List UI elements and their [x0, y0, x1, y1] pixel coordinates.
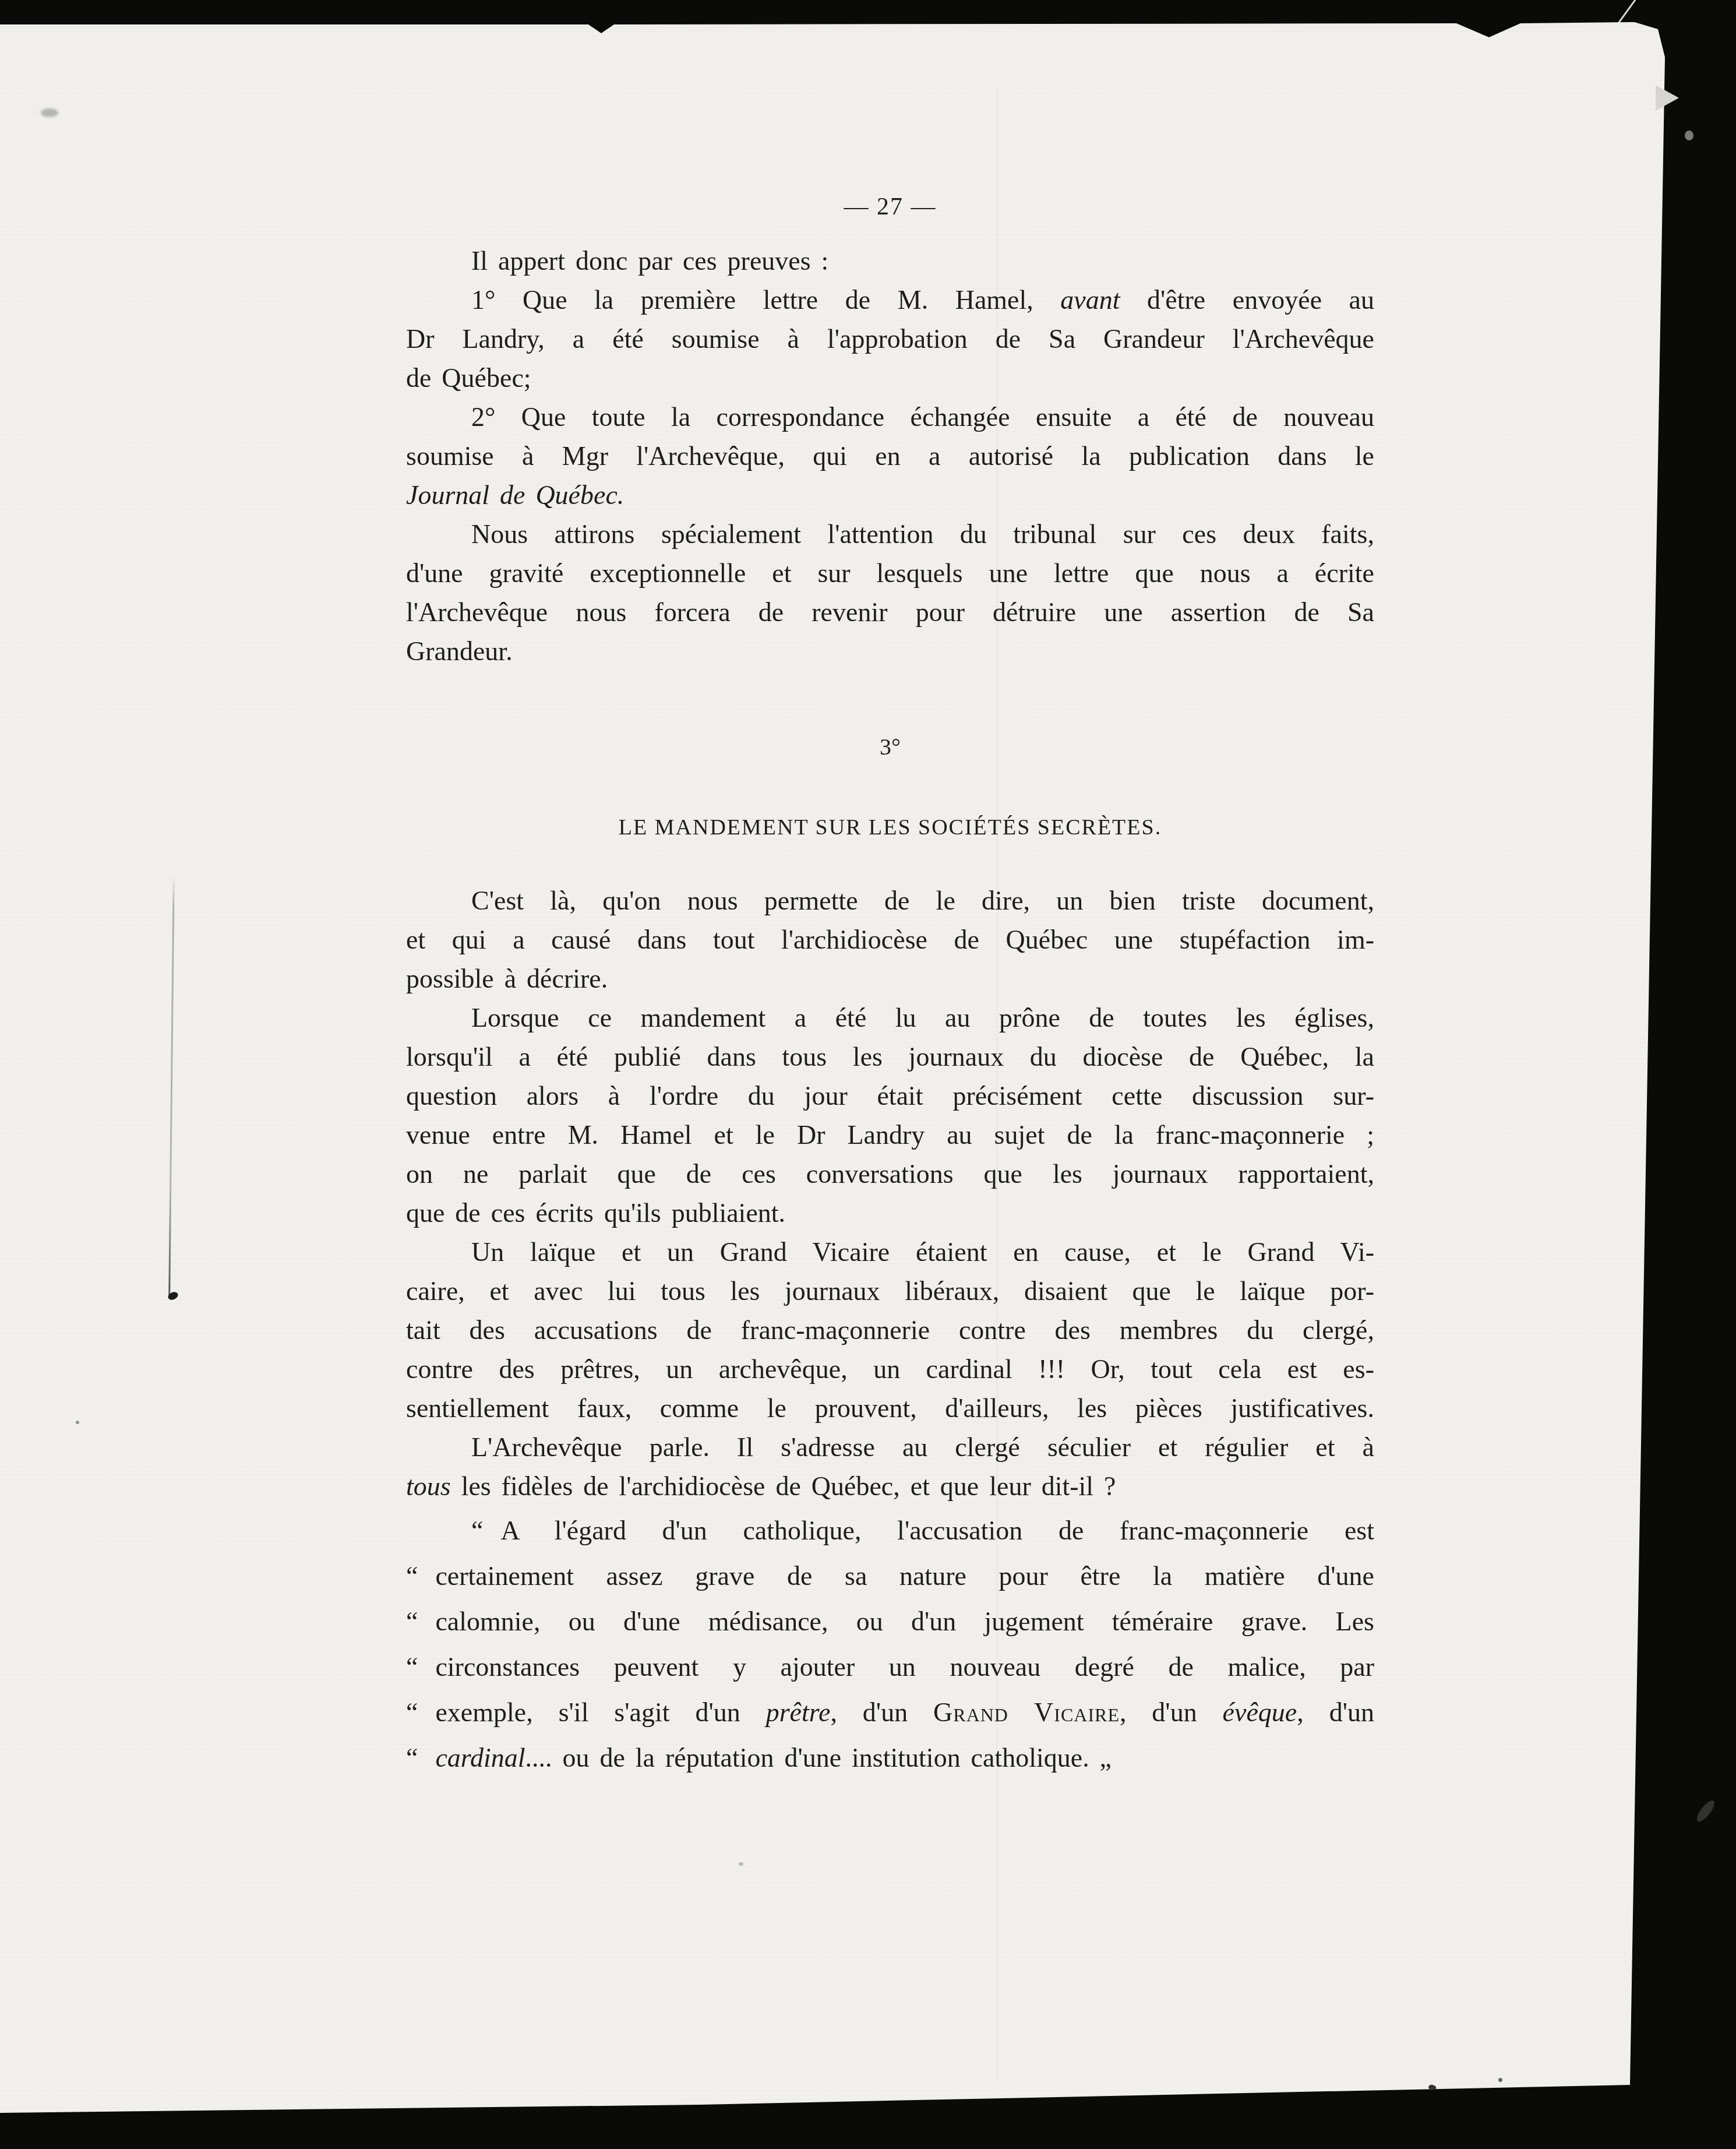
text-line: 2° Que toute la correspondance échangée …: [406, 397, 1374, 436]
text-segment-italic: cardinal: [435, 1743, 525, 1773]
text-line: “A l'égard d'un catholique, l'accusation…: [406, 1508, 1374, 1553]
text-line: Un laïque et un Grand Vicaire étaient en…: [406, 1232, 1374, 1271]
text-line: que de ces écrits qu'ils publiaient.: [406, 1193, 1374, 1232]
text-line: de Québec;: [406, 358, 1374, 397]
text-segment: exemple, s'il s'agit d'un: [435, 1697, 765, 1727]
text-segment: lorsqu'il a été publié dans tous les jou…: [406, 1042, 1374, 1072]
text-line: l'Archevêque nous forcera de revenir pou…: [406, 593, 1374, 632]
edge-blob-artifact: [1685, 131, 1693, 140]
text-line: et qui a causé dans tout l'archidiocèse …: [406, 920, 1374, 959]
text-line: possible à décrire.: [406, 959, 1374, 998]
text-segment: “: [406, 1652, 418, 1682]
ink-speck: [739, 1862, 743, 1866]
text-segment: et qui a causé dans tout l'archidiocèse …: [406, 925, 1374, 954]
page-number: — 27 —: [406, 189, 1374, 224]
text-segment: certainement assez grave de sa nature po…: [435, 1561, 1374, 1591]
text-segment: , d'un: [1120, 1697, 1223, 1727]
text-segment: C'est là, qu'on nous permette de le dire…: [471, 886, 1374, 915]
text-line: “calomnie, ou d'une médisance, ou d'un j…: [406, 1599, 1374, 1644]
text-line: tait des accusations de franc-maçonnerie…: [406, 1310, 1374, 1350]
text-segment: 2° Que toute la correspondance échangée …: [471, 402, 1374, 432]
page-edge-notch-artifact: [1656, 85, 1679, 111]
text-line: L'Archevêque parle. Il s'adresse au cler…: [406, 1428, 1374, 1467]
text-segment: A l'égard d'un catholique, l'accusation …: [500, 1516, 1374, 1545]
text-line: Nous attirons spécialement l'attention d…: [406, 515, 1374, 554]
text-segment: calomnie, ou d'une médisance, ou d'un ju…: [435, 1607, 1374, 1636]
ink-speck: [1428, 2084, 1437, 2092]
text-segment: “: [406, 1743, 418, 1773]
text-line: Journal de Québec.: [406, 475, 1374, 515]
text-segment: , d'un: [1297, 1697, 1374, 1727]
text-line: “circonstances peuvent y ajouter un nouv…: [406, 1644, 1374, 1690]
text-segment: caire, et avec lui tous les journaux lib…: [406, 1276, 1374, 1306]
edge-wisp-artifact: [1694, 1798, 1717, 1824]
text-line: Lorsque ce mandement a été lu au prône d…: [406, 998, 1374, 1037]
text-segment: 1° Que la première lettre de M. Hamel,: [471, 285, 1060, 315]
text-line: soumise à Mgr l'Archevêque, qui en a aut…: [406, 436, 1374, 475]
intro-paragraphs: Il appert donc par ces preuves :1° Que l…: [406, 241, 1374, 671]
text-segment: , d'un: [830, 1697, 933, 1727]
text-segment: que de ces écrits qu'ils publiaient.: [406, 1198, 785, 1228]
text-segment: on ne parlait que de ces conversations q…: [406, 1159, 1374, 1189]
text-line: 1° Que la première lettre de M. Hamel, a…: [406, 280, 1374, 319]
text-line: “cardinal.... ou de la réputation d'une …: [406, 1735, 1374, 1781]
text-segment: Grandeur.: [406, 636, 513, 666]
text-segment: Lorsque ce mandement a été lu au prône d…: [471, 1003, 1374, 1033]
text-segment: l'Archevêque nous forcera de revenir pou…: [406, 597, 1374, 627]
text-line: tous les fidèles de l'archidiocèse de Qu…: [406, 1467, 1374, 1506]
text-segment: de Québec;: [406, 363, 531, 393]
body-paragraphs: C'est là, qu'on nous permette de le dire…: [406, 881, 1374, 1506]
text-segment: contre des prêtres, un archevêque, un ca…: [406, 1354, 1374, 1384]
text-segment: Nous attirons spécialement l'attention d…: [471, 519, 1374, 549]
text-line: “exemple, s'il s'agit d'un prêtre, d'un …: [406, 1690, 1374, 1735]
text-segment: les fidèles de l'archidiocèse de Québec,…: [451, 1471, 1116, 1501]
text-line: contre des prêtres, un archevêque, un ca…: [406, 1350, 1374, 1389]
text-line: Grandeur.: [406, 632, 1374, 671]
text-line: lorsqu'il a été publié dans tous les jou…: [406, 1037, 1374, 1076]
page-paper: — 27 — Il appert donc par ces preuves :1…: [0, 0, 1736, 2149]
text-segment-italic: tous: [406, 1471, 451, 1501]
text-segment: d'être envoyée au: [1120, 285, 1374, 315]
scanned-document-view: — 27 — Il appert donc par ces preuves :1…: [0, 0, 1736, 2149]
ink-speck: [76, 1421, 79, 1424]
text-segment-italic: évêque: [1223, 1697, 1297, 1727]
section-heading: LE MANDEMENT SUR LES SOCIÉTÉS SECRÈTES.: [406, 810, 1374, 845]
text-segment: L'Archevêque parle. Il s'adresse au cler…: [471, 1432, 1374, 1462]
text-line: question alors à l'ordre du jour était p…: [406, 1076, 1374, 1115]
text-segment: circonstances peuvent y ajouter un nouve…: [435, 1652, 1374, 1682]
text-line: “certainement assez grave de sa nature p…: [406, 1553, 1374, 1599]
text-line: Il appert donc par ces preuves :: [406, 241, 1374, 280]
text-segment: “: [406, 1561, 418, 1591]
text-segment: d'une gravité exceptionnelle et sur lesq…: [406, 558, 1374, 588]
smudge-artifact: [41, 108, 58, 117]
text-line: caire, et avec lui tous les journaux lib…: [406, 1271, 1374, 1310]
text-segment: “: [406, 1607, 418, 1636]
text-segment: “: [406, 1697, 418, 1727]
text-line: Dr Landry, a été soumise à l'approbation…: [406, 319, 1374, 358]
text-line: on ne parlait que de ces conversations q…: [406, 1154, 1374, 1193]
text-segment: possible à décrire.: [406, 964, 608, 994]
text-segment-smallcaps: Grand Vicaire: [933, 1697, 1120, 1727]
text-segment-italic: Journal de Québec.: [406, 480, 624, 510]
text-line: C'est là, qu'on nous permette de le dire…: [406, 881, 1374, 920]
text-segment: “: [471, 1516, 483, 1545]
text-line: d'une gravité exceptionnelle et sur lesq…: [406, 554, 1374, 593]
text-segment: soumise à Mgr l'Archevêque, qui en a aut…: [406, 441, 1374, 471]
text-line: sentiellement faux, comme le prouvent, d…: [406, 1389, 1374, 1428]
text-segment: tait des accusations de franc-maçonnerie…: [406, 1315, 1374, 1345]
text-line: venue entre M. Hamel et le Dr Landry au …: [406, 1115, 1374, 1154]
text-segment: question alors à l'ordre du jour était p…: [406, 1081, 1374, 1111]
text-segment: venue entre M. Hamel et le Dr Landry au …: [406, 1120, 1374, 1150]
text-segment: Un laïque et un Grand Vicaire étaient en…: [471, 1237, 1374, 1267]
text-segment: sentiellement faux, comme le prouvent, d…: [406, 1393, 1374, 1423]
text-segment-italic: prêtre: [766, 1697, 831, 1727]
section-number: 3°: [406, 730, 1374, 765]
quotation-block: “A l'égard d'un catholique, l'accusation…: [406, 1508, 1374, 1781]
text-segment: Dr Landry, a été soumise à l'approbation…: [406, 324, 1374, 354]
paper-crease-artifact: [168, 875, 175, 1296]
text-segment-italic: avant: [1060, 285, 1120, 315]
ink-speck: [1498, 2078, 1502, 2082]
text-segment: .... ou de la réputation d'une instituti…: [525, 1743, 1112, 1773]
text-segment: Il appert donc par ces preuves :: [471, 246, 828, 276]
